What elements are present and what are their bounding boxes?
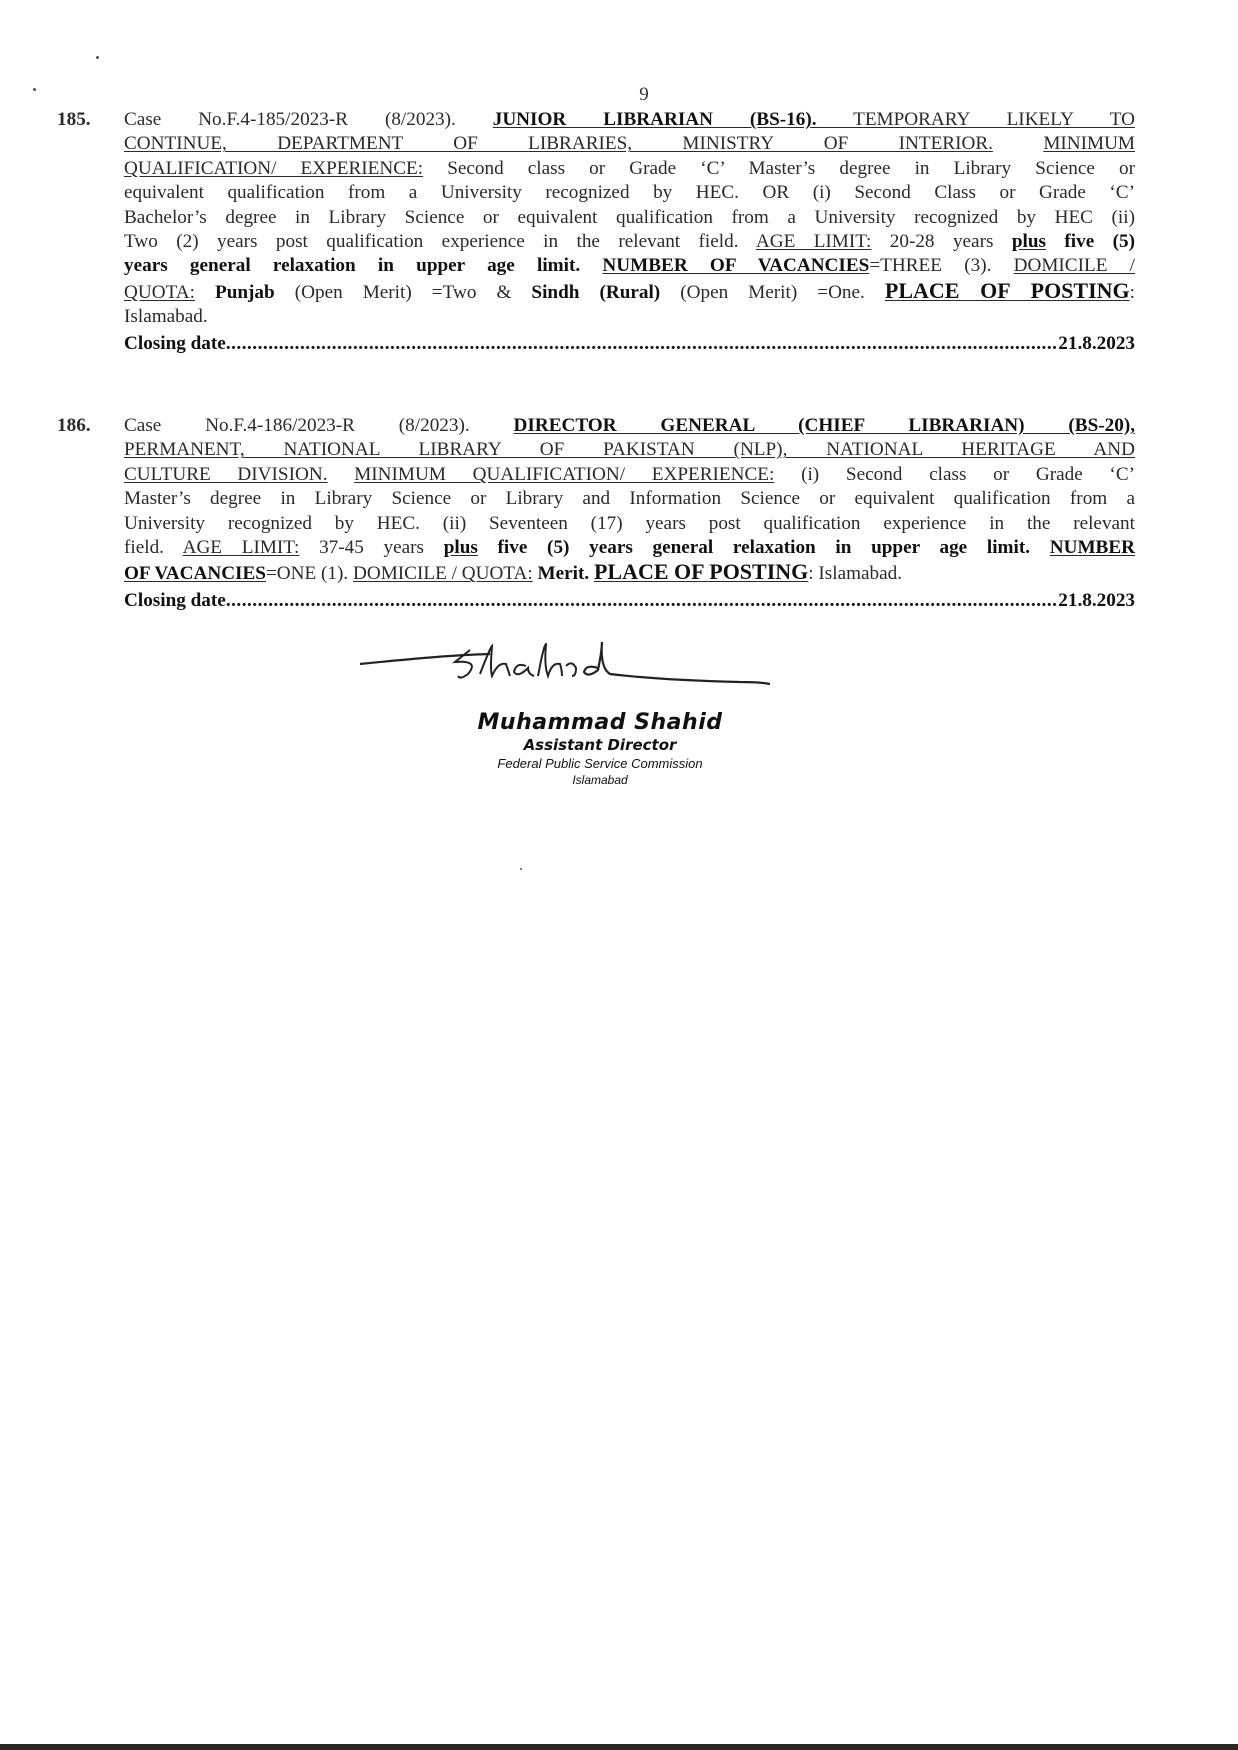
scan-speck <box>96 56 99 59</box>
text-line: Two (2) years post qualification experie… <box>124 230 1135 254</box>
text-line: University recognized by HEC. (ii) Seven… <box>124 512 1135 536</box>
closing-date-value: 21.8.2023 <box>1058 332 1135 356</box>
text-line: Bachelor’s degree in Library Science or … <box>124 206 1135 230</box>
signature-block: Muhammad Shahid Assistant Director Feder… <box>340 640 860 820</box>
text-line: CONTINUE, DEPARTMENT OF LIBRARIES, MINIS… <box>124 132 1135 156</box>
closing-date-row: Closing date 21.8.2023 <box>124 332 1135 356</box>
entry-body: Case No.F.4-186/2023-R (8/2023). DIRECTO… <box>124 414 1135 587</box>
text-line: Case No.F.4-186/2023-R (8/2023). DIRECTO… <box>124 414 1135 438</box>
signatory-organization: Federal Public Service Commission <box>340 756 860 771</box>
vacancy-entry-185: 185. Case No.F.4-185/2023-R (8/2023). JU… <box>57 108 1135 356</box>
entry-number: 185. <box>57 108 91 132</box>
scan-speck <box>520 868 522 870</box>
text-line: Case No.F.4-185/2023-R (8/2023). JUNIOR … <box>124 108 1135 132</box>
entry-number: 186. <box>57 414 91 438</box>
text-line: field. AGE LIMIT: 37-45 years plus five … <box>124 536 1135 560</box>
signatory-title: Assistant Director <box>340 736 860 754</box>
text-line: QUALIFICATION/ EXPERIENCE: Second class … <box>124 157 1135 181</box>
closing-date-row: Closing date 21.8.2023 <box>124 589 1135 613</box>
leader-dots <box>226 332 1058 356</box>
text-line: OF VACANCIES=ONE (1). DOMICILE / QUOTA: … <box>124 560 1135 586</box>
text-line: CULTURE DIVISION. MINIMUM QUALIFICATION/… <box>124 463 1135 487</box>
text-line: Islamabad. <box>124 305 1135 329</box>
text-line: Master’s degree in Library Science or Li… <box>124 487 1135 511</box>
closing-date-label: Closing date <box>124 589 226 613</box>
text-line: years general relaxation in upper age li… <box>124 254 1135 278</box>
text-line: QUOTA: Punjab (Open Merit) =Two & Sindh … <box>124 279 1135 305</box>
text-line: PERMANENT, NATIONAL LIBRARY OF PAKISTAN … <box>124 438 1135 462</box>
text-line: equivalent qualification from a Universi… <box>124 181 1135 205</box>
signatory-city: Islamabad <box>340 773 860 787</box>
closing-date-label: Closing date <box>124 332 226 356</box>
leader-dots <box>226 589 1058 613</box>
signatory-name: Muhammad Shahid <box>340 710 860 735</box>
closing-date-value: 21.8.2023 <box>1058 589 1135 613</box>
handwritten-signature-icon <box>340 640 860 710</box>
entry-body: Case No.F.4-185/2023-R (8/2023). JUNIOR … <box>124 108 1135 330</box>
scan-speck <box>33 88 36 91</box>
vacancy-entry-186: 186. Case No.F.4-186/2023-R (8/2023). DI… <box>57 414 1135 613</box>
scan-edge-bar <box>0 1744 1238 1750</box>
page-number: 9 <box>0 84 1238 106</box>
